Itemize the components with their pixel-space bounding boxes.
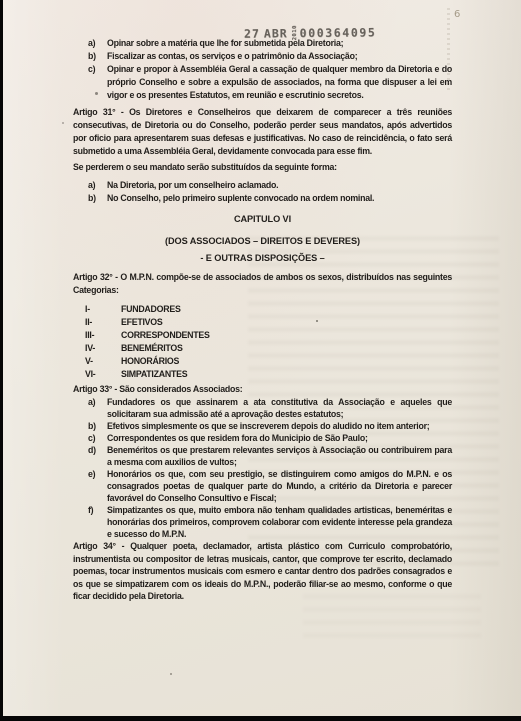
list-item-text: Opinar sobre a matéria que lhe for subme… [107,37,452,50]
document-body: a) Opinar sobre a matéria que lhe for su… [73,37,452,603]
category-numeral: V- [85,355,121,368]
category-row: VI- SIMPATIZANTES [85,368,452,381]
list-item: a) Fundadores os que assinarem a ata con… [88,396,452,420]
list-item-text: Fiscalizar as contas, os serviços e o pa… [107,50,452,63]
category-row: II- EFETIVOS [85,316,452,329]
list-item-text: Fundadores os que assinarem a ata consti… [107,396,452,420]
chapter-subtitle-2: - E OUTRAS DISPOSIÇÕES – [73,252,452,265]
list-item-letter: f) [88,504,107,540]
list-item-text: Beneméritos os que prestarem relevantes … [107,444,452,468]
list-item-letter: c) [88,432,107,444]
chapter-title: CAPITULO VI [73,213,452,226]
page-corner-mark: 6 [454,9,460,20]
list-item-letter: d) [88,444,107,468]
list-item-text: Simpatizantes os que, muito embora não t… [107,504,452,540]
council-duties-list: a) Opinar sobre a matéria que lhe for su… [73,37,452,102]
associate-types-list: a) Fundadores os que assinarem a ata con… [73,396,452,540]
list-item-letter: a) [88,37,107,50]
article-34-paragraph: Artigo 34° - Qualquer poeta, declamador,… [73,540,452,603]
list-item: b) Efetivos simplesmente os que se inscr… [88,420,452,432]
article-33-intro: Artigo 33° - São considerados Associados… [73,383,452,396]
category-label: SIMPATIZANTES [121,368,187,381]
article-31-paragraph: Artigo 31° - Os Diretores e Conselheiros… [73,106,452,158]
category-row: IV- BENEMÉRITOS [85,342,452,355]
list-item-letter: b) [88,50,107,63]
category-numeral: II- [85,316,121,329]
category-numeral: III- [85,329,121,342]
list-item: a) Opinar sobre a matéria que lhe for su… [88,37,452,50]
list-item: c) Opinar e propor à Assembléia Geral a … [88,63,452,102]
category-row: I- FUNDADORES [85,303,452,316]
substitution-intro: Se perderem o seu mandato serão substitu… [73,161,452,174]
category-numeral: I- [85,303,121,316]
category-row: III- CORRESPONDENTES [85,329,452,342]
list-item-text: No Conselho, pelo primeiro suplente conv… [107,192,452,205]
member-categories-list: I- FUNDADORES II- EFETIVOS III- CORRESPO… [73,303,452,381]
list-item-text: Opinar e propor à Assembléia Geral a cas… [107,63,452,102]
category-label: EFETIVOS [121,316,163,329]
list-item-letter: b) [88,192,107,205]
category-label: HONORÁRIOS [121,355,179,368]
list-item: b) Fiscalizar as contas, os serviços e o… [88,50,452,63]
substitution-list: a) Na Diretoria, por um conselheiro acla… [73,179,452,205]
list-item-letter: e) [88,468,107,504]
paper-speckle [62,122,64,124]
category-label: CORRESPONDENTES [121,329,210,342]
list-item-letter: a) [88,179,107,192]
list-item: c) Correspondentes os que residem fora d… [88,432,452,444]
list-item-text: Correspondentes os que residem fora do M… [107,432,452,444]
category-label: BENEMÉRITOS [121,342,183,355]
list-item: d) Beneméritos os que prestarem relevant… [88,444,452,468]
list-item-text: Na Diretoria, por um conselheiro aclamad… [107,179,452,192]
category-numeral: IV- [85,342,121,355]
list-item-text: Honorários os que, com seu prestigio, se… [107,468,452,504]
category-label: FUNDADORES [121,303,181,316]
list-item: f) Simpatizantes os que, muito embora nã… [88,504,452,540]
list-item: e) Honorários os que, com seu prestigio,… [88,468,452,504]
list-item: a) Na Diretoria, por um conselheiro acla… [88,179,452,192]
paper-speckle [170,673,172,675]
category-numeral: VI- [85,368,121,381]
document-page: 27 ABR 2010 000364095 6 a) Opinar sobre … [3,0,521,716]
category-row: V- HONORÁRIOS [85,355,452,368]
chapter-subtitle: (DOS ASSOCIADOS – DIREITOS E DEVERES) [73,235,452,248]
list-item-letter: c) [88,63,107,102]
article-32-paragraph: Artigo 32° - O M.P.N. compõe-se de assoc… [73,271,452,297]
list-item-text: Efetivos simplesmente os que se inscreve… [107,420,452,432]
list-item: b) No Conselho, pelo primeiro suplente c… [88,192,452,205]
list-item-letter: a) [88,396,107,420]
list-item-letter: b) [88,420,107,432]
